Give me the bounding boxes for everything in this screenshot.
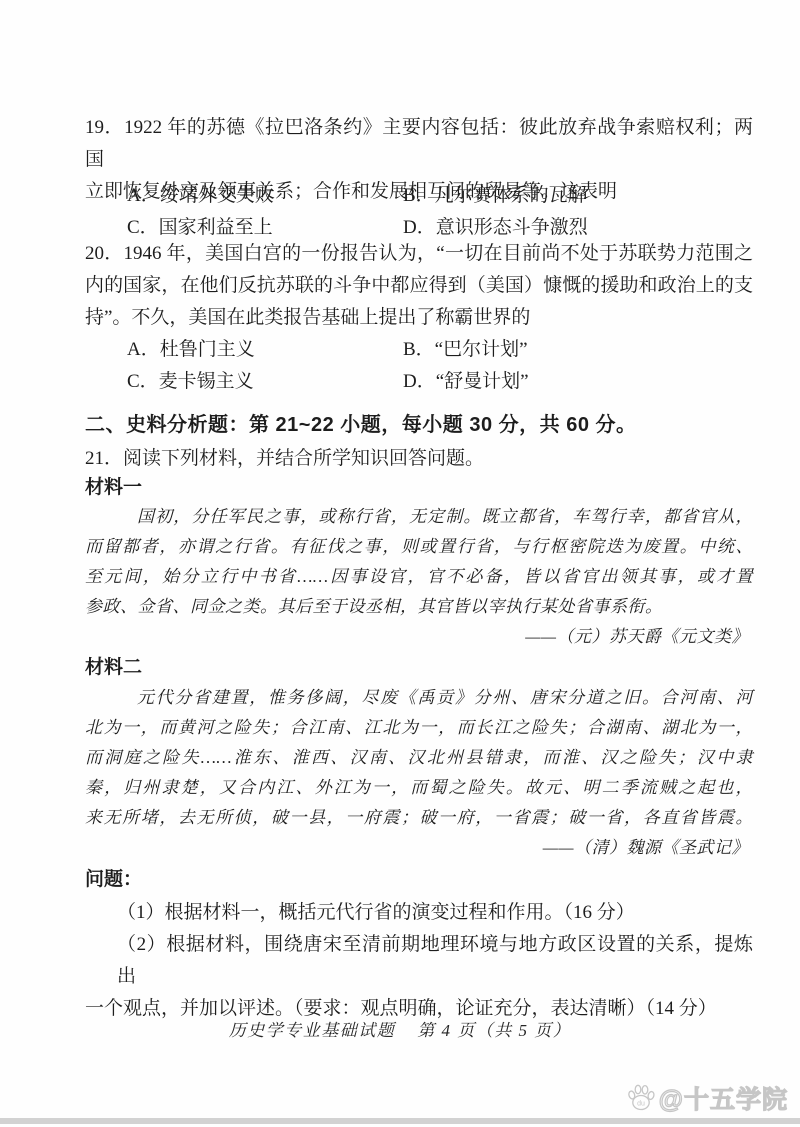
page-footer: 历史学专业基础试题第 4 页（共 5 页） bbox=[0, 1016, 800, 1041]
question-20-option-b: B．“巴尔计划” bbox=[403, 334, 528, 366]
material-1-line-1: 国初，分任军民之事，或称行省，无定制。既立都省，车驾行幸，都省官从， bbox=[85, 502, 753, 532]
material-2-line-4: 秦，归州隶楚，又合内江、外江为一，而蜀之险失。故元、明二季流贼之起也， bbox=[85, 773, 753, 803]
problem-2: （2）根据材料，围绕唐宋至清前期地理环境与地方政区设置的关系，提炼出 一个观点，… bbox=[85, 929, 753, 1025]
footer-page-number: 第 4 页（共 5 页） bbox=[417, 1021, 571, 1040]
material-1-line-3: 至元间，始分立行中书省……因事设官，官不必备，皆以省官出领其事，或才置 bbox=[85, 562, 753, 592]
material-1-source: ——（元）苏天爵《元文类》 bbox=[85, 622, 753, 652]
material-2-line-2: 北为一，而黄河之险失；合江南、江北为一，而长江之险失；合湖南、湖北为一， bbox=[85, 713, 753, 743]
material-2-line-3: 而洞庭之险失……淮东、淮西、汉南、汉北州县错隶，而淮、汉之险失；汉中隶 bbox=[85, 743, 753, 773]
material-1-label: 材料一 bbox=[85, 474, 753, 502]
problem-1: （1）根据材料一，概括元代行省的演变过程和作用。（16 分） bbox=[85, 897, 785, 929]
material-2-line-5: 来无所堵，去无所侦，破一县，一府震；破一府，一省震；破一省，各直省皆震。 bbox=[85, 803, 753, 833]
question-19-option-a: A．绥靖外交失败 bbox=[127, 180, 274, 212]
paw-icon-du-text: du bbox=[637, 1101, 645, 1108]
bottom-scan-bar bbox=[0, 1118, 800, 1124]
section-2-header: 二、史料分析题：第 21~22 小题，每小题 30 分，共 60 分。 bbox=[85, 410, 753, 440]
question-19-option-b: B．凡尔赛体系的瓦解 bbox=[403, 180, 587, 212]
question-20-line-3: 持”。不久，美国在此类报告基础上提出了称霸世界的 bbox=[85, 302, 753, 334]
watermark: du @十五学院 bbox=[626, 1080, 788, 1116]
question-20-option-d: D．“舒曼计划” bbox=[403, 366, 529, 398]
footer-exam-title: 历史学专业基础试题 bbox=[229, 1021, 396, 1040]
question-19-line-1: 19．1922 年的苏德《拉巴洛条约》主要内容包括：彼此放弃战争索赔权利；两国 bbox=[85, 112, 753, 176]
question-20-option-a: A．杜鲁门主义 bbox=[127, 334, 255, 366]
option-row: A．杜鲁门主义 B．“巴尔计划” bbox=[85, 334, 753, 366]
option-row: C．麦卡锡主义 D．“舒曼计划” bbox=[85, 366, 753, 398]
question-21-intro: 21．阅读下列材料，并结合所学知识回答问题。 bbox=[85, 443, 753, 475]
material-1-line-4: 参政、佥省、同佥之类。其后至于设丞相，其官皆以宰执行某处省事系衔。 bbox=[85, 592, 753, 622]
exam-page: 19．1922 年的苏德《拉巴洛条约》主要内容包括：彼此放弃战争索赔权利；两国 … bbox=[0, 0, 800, 1127]
baidu-paw-icon: du bbox=[626, 1083, 656, 1113]
material-2-text: 元代分省建置，惟务侈阔，尽废《禹贡》分州、唐宋分道之旧。合河南、河 北为一，而黄… bbox=[85, 683, 753, 863]
material-2-source: ——（清）魏源《圣武记》 bbox=[85, 833, 753, 863]
question-19-options: A．绥靖外交失败 B．凡尔赛体系的瓦解 C．国家利益至上 D．意识形态斗争激烈 bbox=[85, 180, 753, 244]
question-20-options: A．杜鲁门主义 B．“巴尔计划” C．麦卡锡主义 D．“舒曼计划” bbox=[85, 334, 753, 398]
material-1-line-2: 而留都者，亦谓之行省。有征伐之事，则或置行省，与行枢密院迭为废置。中统、 bbox=[85, 532, 753, 562]
question-20-line-2: 内的国家，在他们反抗苏联的斗争中都应得到（美国）慷慨的援助和政治上的支 bbox=[85, 270, 753, 302]
question-20-option-c: C．麦卡锡主义 bbox=[127, 366, 254, 398]
material-2-label: 材料二 bbox=[85, 654, 753, 682]
question-20-line-1: 20．1946 年，美国白宫的一份报告认为，“一切在目前尚不处于苏联势力范围之 bbox=[85, 238, 753, 270]
option-row: A．绥靖外交失败 B．凡尔赛体系的瓦解 bbox=[85, 180, 753, 212]
problem-2-line-1: （2）根据材料，围绕唐宋至清前期地理环境与地方政区设置的关系，提炼出 bbox=[85, 929, 753, 993]
question-20: 20．1946 年，美国白宫的一份报告认为，“一切在目前尚不处于苏联势力范围之 … bbox=[85, 238, 753, 334]
material-2-line-1: 元代分省建置，惟务侈阔，尽废《禹贡》分州、唐宋分道之旧。合河南、河 bbox=[85, 683, 753, 713]
problems-label: 问题： bbox=[85, 866, 753, 894]
material-1-text: 国初，分任军民之事，或称行省，无定制。既立都省，车驾行幸，都省官从， 而留都者，… bbox=[85, 502, 753, 652]
watermark-text: @十五学院 bbox=[659, 1080, 788, 1116]
